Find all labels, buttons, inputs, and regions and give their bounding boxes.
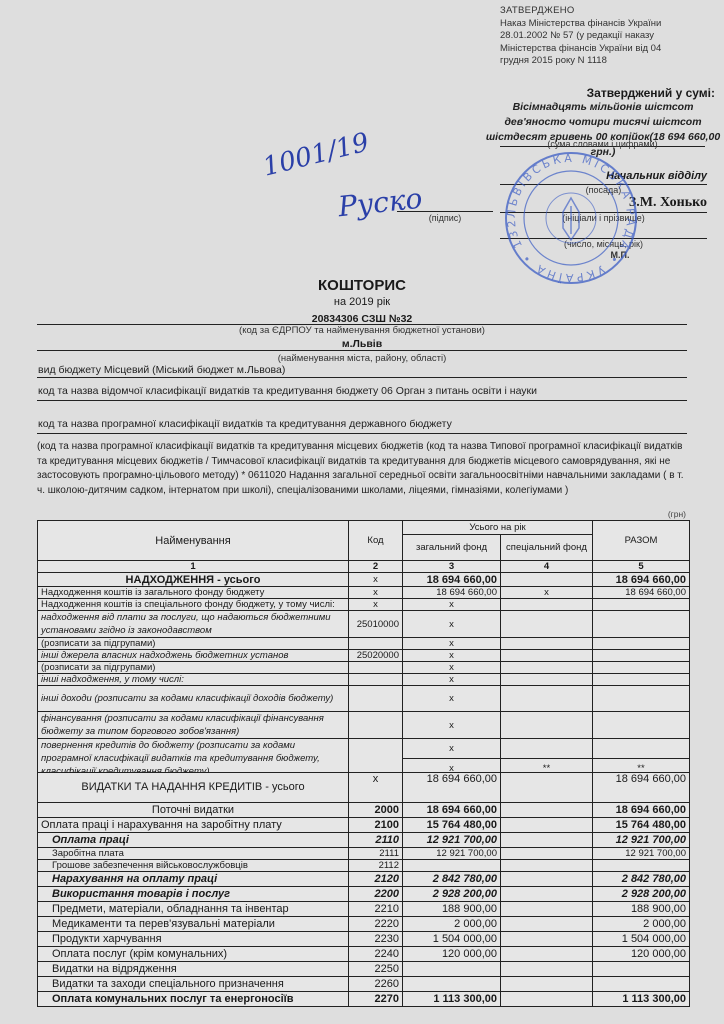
col-number: 1 (38, 561, 349, 573)
budget-type: вид бюджету Місцевий (Міський бюджет м.Л… (38, 364, 285, 376)
svg-text:ЛЬВІВСЬКА МІСЬКА РАДА • УКРАЇН: ЛЬВІВСЬКА МІСЬКА РАДА • УКРАЇНА • 1321 (503, 150, 637, 284)
row-code (349, 638, 403, 650)
row-special-fund (501, 611, 593, 638)
row-general-fund: 18 694 660,00 (403, 803, 501, 818)
row-name: Надходження коштів із загального фонду б… (38, 587, 349, 599)
row-special-fund (501, 860, 593, 872)
row-name: Нарахування на оплату праці (38, 872, 349, 887)
row-code: 2250 (349, 962, 403, 977)
row-general-fund: x (403, 599, 501, 611)
table-row: Оплата праці і нарахування на заробітну … (38, 818, 690, 833)
row-name: (розписати за підгрупами) (38, 662, 349, 674)
row-general-fund: x (403, 739, 501, 759)
row-name: Використання товарів і послуг (38, 887, 349, 902)
row-general-fund: 12 921 700,00 (403, 848, 501, 860)
table-row: Оплата комунальних послуг та енергоносії… (38, 992, 690, 1007)
row-code (349, 686, 403, 712)
row-total (593, 860, 690, 872)
col-number: 5 (593, 561, 690, 573)
row-special-fund (501, 887, 593, 902)
row-special-fund (501, 662, 593, 674)
row-name: Продукти харчування (38, 932, 349, 947)
row-special-fund (501, 638, 593, 650)
table-row: (розписати за підгрупами)x (38, 638, 690, 650)
row-general-fund: x (403, 662, 501, 674)
row-name: Оплата комунальних послуг та енергоносії… (38, 992, 349, 1007)
row-name: (розписати за підгрупами) (38, 638, 349, 650)
row-general-fund: x (403, 638, 501, 650)
row-special-fund (501, 739, 593, 759)
row-total: 2 842 780,00 (593, 872, 690, 887)
row-special-fund (501, 573, 593, 587)
row-general-fund (403, 962, 501, 977)
row-code (349, 662, 403, 674)
row-general-fund: 120 000,00 (403, 947, 501, 962)
row-name: Медикаменти та перев'язувальні матеріали (38, 917, 349, 932)
table-row: інші надходження, у тому числі:x (38, 674, 690, 686)
row-code: 2270 (349, 992, 403, 1007)
row-special-fund (501, 686, 593, 712)
row-total (593, 962, 690, 977)
row-special-fund (501, 917, 593, 932)
approval-order-line: 28.01.2002 № 57 (у редакції наказу (500, 30, 720, 43)
row-code: 2220 (349, 917, 403, 932)
row-special-fund (501, 962, 593, 977)
row-special-fund (501, 992, 593, 1007)
row-general-fund: x (403, 674, 501, 686)
col-header-special-fund: спеціальний фонд (501, 535, 593, 561)
institution-caption: (код за ЄДРПОУ та найменування бюджетної… (0, 325, 724, 336)
table-row: Поточні видатки200018 694 660,0018 694 6… (38, 803, 690, 818)
row-total (593, 674, 690, 686)
row-code (349, 712, 403, 739)
row-name: Поточні видатки (38, 803, 349, 818)
program-classification-local: (код та назва програмної класифікації ви… (37, 440, 687, 498)
table-row: надходження від плати за послуги, що над… (38, 611, 690, 638)
row-total: 18 694 660,00 (593, 773, 690, 803)
row-special-fund (501, 872, 593, 887)
col-number: 3 (403, 561, 501, 573)
row-total: 18 694 660,00 (593, 587, 690, 599)
row-total (593, 638, 690, 650)
row-general-fund: 2 842 780,00 (403, 872, 501, 887)
row-total (593, 712, 690, 739)
row-name: Надходження коштів із спеціального фонду… (38, 599, 349, 611)
table-row: Видатки на відрядження2250 (38, 962, 690, 977)
row-name: інші доходи (розписати за кодами класифі… (38, 686, 349, 712)
row-special-fund: x (501, 587, 593, 599)
currency-unit: (грн) (668, 509, 686, 519)
table-row: НАДХОДЖЕННЯ - усьогоx18 694 660,0018 694… (38, 573, 690, 587)
row-name: інші надходження, у тому числі: (38, 674, 349, 686)
row-name: надходження від плати за послуги, що над… (38, 611, 349, 638)
row-special-fund (501, 674, 593, 686)
row-special-fund (501, 650, 593, 662)
row-name: інші джерела власних надходжень бюджетни… (38, 650, 349, 662)
document-title: КОШТОРИС (0, 277, 724, 294)
approval-order-line: Наказ Міністерства фінансів України (500, 18, 720, 31)
row-code: x (349, 773, 403, 803)
row-special-fund (501, 947, 593, 962)
row-total: 18 694 660,00 (593, 803, 690, 818)
row-code: 2000 (349, 803, 403, 818)
table-row: фінансування (розписати за кодами класиф… (38, 712, 690, 739)
row-total: 2 928 200,00 (593, 887, 690, 902)
col-header-total: РАЗОМ (593, 521, 690, 561)
row-general-fund: 2 000,00 (403, 917, 501, 932)
official-stamp-icon: ЛЬВІВСЬКА МІСЬКА РАДА • УКРАЇНА • 1321 (503, 150, 639, 286)
approval-block: ЗАТВЕРДЖЕНО Наказ Міністерства фінансів … (500, 5, 720, 68)
table-row: інші джерела власних надходжень бюджетни… (38, 650, 690, 662)
col-header-name: Найменування (38, 521, 349, 561)
table-row: Оплата праці211012 921 700,0012 921 700,… (38, 833, 690, 848)
row-special-fund (501, 848, 593, 860)
city-underline (37, 350, 687, 351)
row-special-fund (501, 818, 593, 833)
row-general-fund: 2 928 200,00 (403, 887, 501, 902)
row-general-fund: 1 504 000,00 (403, 932, 501, 947)
row-code: 2100 (349, 818, 403, 833)
approval-order-line: Міністерства фінансів України від 04 (500, 43, 720, 56)
row-total: 1 113 300,00 (593, 992, 690, 1007)
table-row: Предмети, матеріали, обладнання та інвен… (38, 902, 690, 917)
approval-order-line: грудня 2015 року N 1118 (500, 55, 720, 68)
row-total: 2 000,00 (593, 917, 690, 932)
row-total: 1 504 000,00 (593, 932, 690, 947)
row-code: x (349, 587, 403, 599)
row-name: Видатки та заходи спеціального призначен… (38, 977, 349, 992)
row-code: 2260 (349, 977, 403, 992)
table-row: Нарахування на оплату праці21202 842 780… (38, 872, 690, 887)
approval-heading: ЗАТВЕРДЖЕНО (500, 5, 720, 18)
row-total: 12 921 700,00 (593, 848, 690, 860)
table-row: (розписати за підгрупами)x (38, 662, 690, 674)
row-total (593, 977, 690, 992)
budget-type-underline (37, 377, 687, 378)
revenue-table: Найменування Код Усього на рік РАЗОМ заг… (37, 520, 690, 779)
handwritten-note: 1001/19 (260, 127, 372, 182)
table-row: Надходження коштів із спеціального фонду… (38, 599, 690, 611)
row-general-fund: 18 694 660,00 (403, 773, 501, 803)
approved-sum-label: Затверджений у сумі: (485, 86, 721, 100)
row-general-fund: x (403, 650, 501, 662)
document-year: на 2019 рік (0, 296, 724, 308)
row-general-fund (403, 860, 501, 872)
city-name: м.Львів (0, 338, 724, 350)
col-number: 2 (349, 561, 403, 573)
row-name: НАДХОДЖЕННЯ - усього (38, 573, 349, 587)
row-code: 2110 (349, 833, 403, 848)
row-general-fund: 188 900,00 (403, 902, 501, 917)
row-code: 2240 (349, 947, 403, 962)
stamp-text: ЛЬВІВСЬКА МІСЬКА РАДА • УКРАЇНА • 1321 (503, 150, 637, 284)
city-caption: (найменування міста, району, області) (0, 353, 724, 364)
table-row: Використання товарів і послуг22002 928 2… (38, 887, 690, 902)
departmental-classification: код та назва відомчої класифікації видат… (38, 385, 537, 397)
departmental-underline (37, 400, 687, 401)
row-total: 120 000,00 (593, 947, 690, 962)
row-total (593, 611, 690, 638)
row-name: ВИДАТКИ ТА НАДАННЯ КРЕДИТІВ - усього (38, 773, 349, 803)
col-header-total-year: Усього на рік (403, 521, 593, 535)
table-row: Оплата послуг (крім комунальних)2240120 … (38, 947, 690, 962)
row-code: 2112 (349, 860, 403, 872)
table-row: ВИДАТКИ ТА НАДАННЯ КРЕДИТІВ - усьогоx18 … (38, 773, 690, 803)
table-row: інші доходи (розписати за кодами класифі… (38, 686, 690, 712)
row-general-fund: 12 921 700,00 (403, 833, 501, 848)
row-code: x (349, 573, 403, 587)
row-code: 2210 (349, 902, 403, 917)
row-general-fund: 18 694 660,00 (403, 573, 501, 587)
row-code: 25010000 (349, 611, 403, 638)
table-row: Продукти харчування22301 504 000,001 504… (38, 932, 690, 947)
row-name: Заробітна плата (38, 848, 349, 860)
sum-caption: (сума словами і цифрами) (500, 139, 705, 149)
row-special-fund (501, 599, 593, 611)
row-total (593, 650, 690, 662)
row-code: 2200 (349, 887, 403, 902)
row-total (593, 739, 690, 759)
row-total (593, 599, 690, 611)
row-name: Оплата праці (38, 833, 349, 848)
row-special-fund (501, 902, 593, 917)
row-total: 12 921 700,00 (593, 833, 690, 848)
row-total: 188 900,00 (593, 902, 690, 917)
row-special-fund (501, 803, 593, 818)
row-general-fund (403, 977, 501, 992)
row-general-fund: 15 764 480,00 (403, 818, 501, 833)
table-row: Грошове забезпечення військовослужбовців… (38, 860, 690, 872)
row-name: Предмети, матеріали, обладнання та інвен… (38, 902, 349, 917)
row-code: 2230 (349, 932, 403, 947)
row-code (349, 674, 403, 686)
table-row: повернення кредитів до бюджету (розписат… (38, 739, 690, 759)
row-general-fund: 1 113 300,00 (403, 992, 501, 1007)
row-code: 2120 (349, 872, 403, 887)
row-special-fund (501, 833, 593, 848)
program-classification-state: код та назва програмної класифікації вид… (38, 418, 452, 430)
col-number: 4 (501, 561, 593, 573)
row-name: Оплата послуг (крім комунальних) (38, 947, 349, 962)
table-row: Надходження коштів із загального фонду б… (38, 587, 690, 599)
row-special-fund (501, 932, 593, 947)
row-code: x (349, 599, 403, 611)
table-row: Заробітна плата211112 921 700,0012 921 7… (38, 848, 690, 860)
table-row: Медикаменти та перев'язувальні матеріали… (38, 917, 690, 932)
row-total: 18 694 660,00 (593, 573, 690, 587)
row-general-fund: 18 694 660,00 (403, 587, 501, 599)
row-name: Оплата праці і нарахування на заробітну … (38, 818, 349, 833)
row-code: 2111 (349, 848, 403, 860)
row-general-fund: x (403, 611, 501, 638)
col-header-code: Код (349, 521, 403, 561)
row-special-fund (501, 773, 593, 803)
expense-table: ВИДАТКИ ТА НАДАННЯ КРЕДИТІВ - усьогоx18 … (37, 772, 690, 1007)
table-row: Видатки та заходи спеціального призначен… (38, 977, 690, 992)
row-name: фінансування (розписати за кодами класиф… (38, 712, 349, 739)
row-special-fund (501, 712, 593, 739)
program-state-underline (37, 433, 687, 434)
row-name: Грошове забезпечення військовослужбовців (38, 860, 349, 872)
row-special-fund (501, 977, 593, 992)
col-header-general-fund: загальний фонд (403, 535, 501, 561)
row-general-fund: x (403, 686, 501, 712)
row-general-fund: x (403, 712, 501, 739)
row-name: Видатки на відрядження (38, 962, 349, 977)
row-code: 25020000 (349, 650, 403, 662)
row-total (593, 686, 690, 712)
row-total (593, 662, 690, 674)
row-total: 15 764 480,00 (593, 818, 690, 833)
